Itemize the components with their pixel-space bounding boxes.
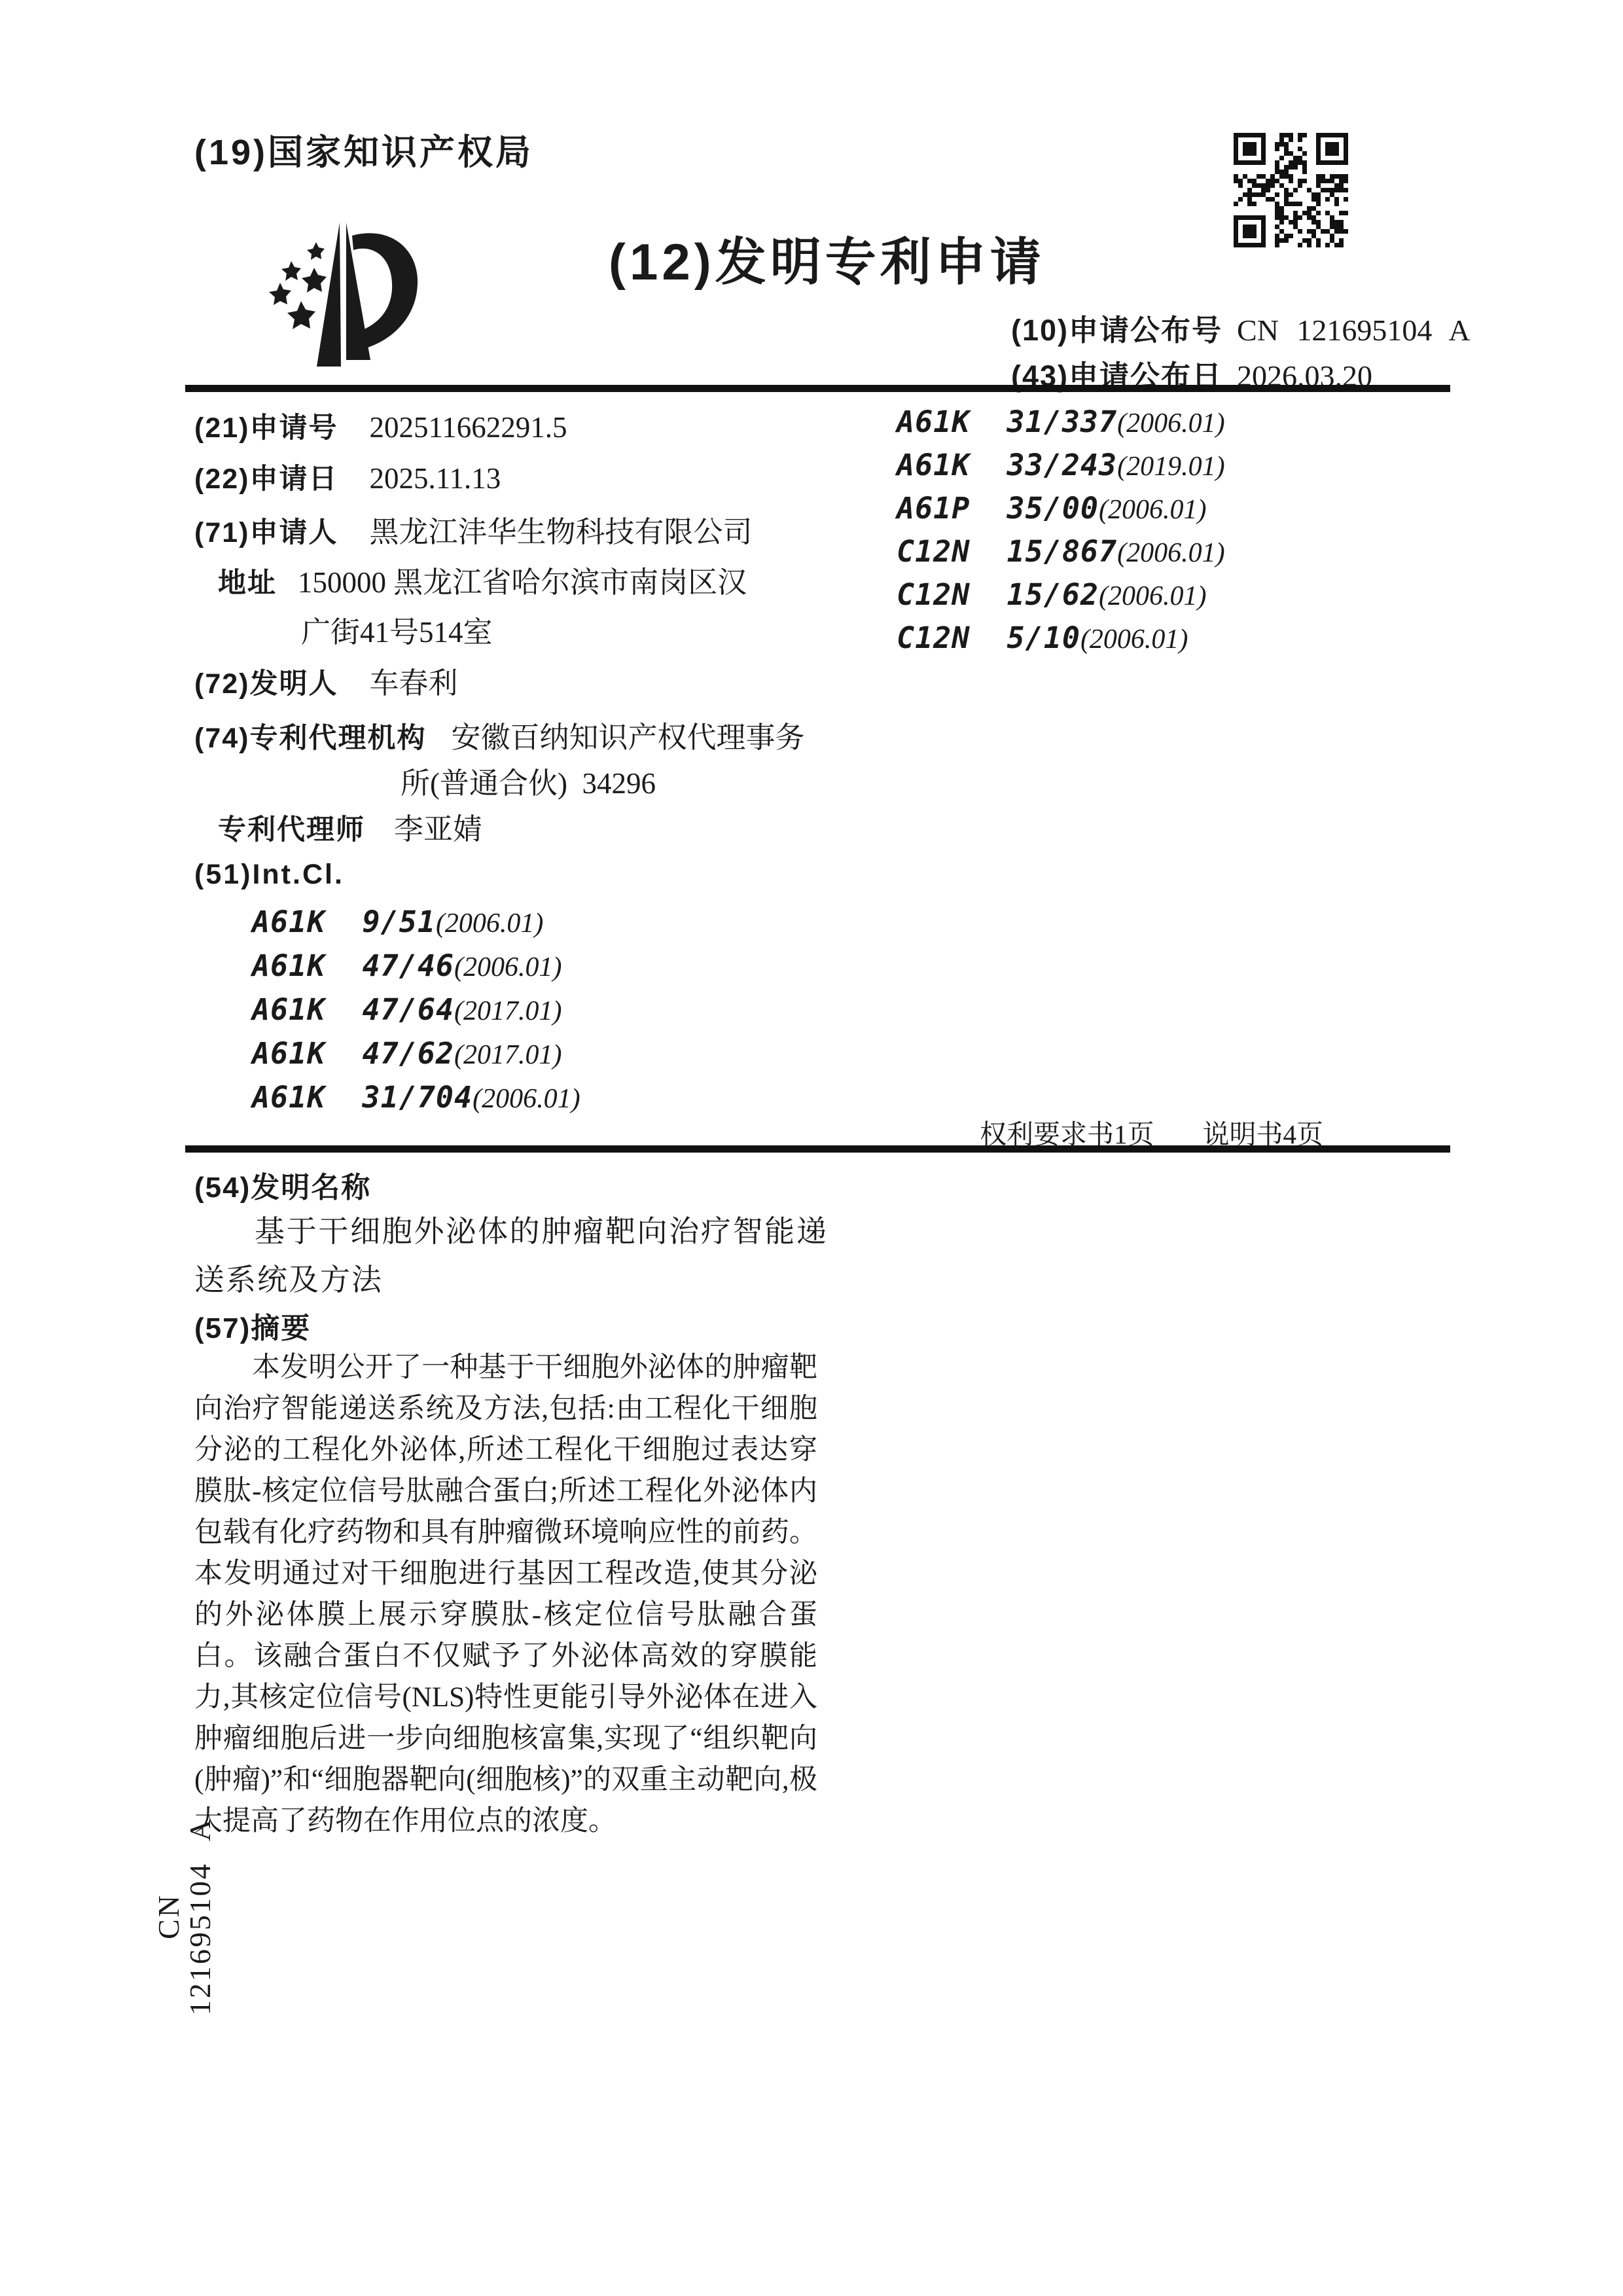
intcl-row: (51)Int.Cl. (194, 859, 344, 891)
header-divider (185, 385, 1450, 392)
ipc-entry: A61K 31/704(2006.01) (252, 1080, 580, 1115)
address-row: 地址 150000 黑龙江省哈尔滨市南岗区汉 (218, 558, 747, 601)
applicant-row: (71)申请人 黑龙江沣华生物科技有限公司 (194, 508, 752, 550)
publication-number-label: (10)申请公布号 (1011, 314, 1222, 347)
abstract-section-label: (57)摘要 (194, 1304, 311, 1346)
inventor-row: (72)发明人 车春利 (194, 659, 457, 702)
agency-line1: 安徽百纳知识产权代理事务 (451, 721, 804, 754)
body-divider (185, 1145, 1450, 1153)
ipc-entry: A61K 33/243(2019.01) (897, 448, 1225, 482)
patent-front-page: (19)国家知识产权局 (12)发明专利申请 (10)申请公布号CN 12169… (0, 0, 1623, 2296)
address-label: 地址 (218, 567, 277, 599)
inventor-label: (72)发明人 (194, 668, 338, 700)
application-date-value: 2025.11.13 (369, 462, 501, 495)
application-number-value: 202511662291.5 (369, 411, 567, 444)
agent-row: 专利代理师 李亚婧 (218, 805, 482, 848)
ipc-entry: A61K 31/337(2006.01) (897, 404, 1225, 439)
application-number-label: (21)申请号 (194, 412, 338, 444)
side-publication-number: CN 121695104 A (153, 1806, 185, 2026)
ipc-entry: C12N 15/62(2006.01) (897, 577, 1207, 612)
agent-label: 专利代理师 (218, 814, 365, 846)
inventor-value: 车春利 (369, 667, 457, 700)
ipc-entry: A61P 35/00(2006.01) (897, 491, 1207, 526)
application-date-label: (22)申请日 (194, 463, 338, 495)
agency-label: (74)专利代理机构 (194, 723, 426, 754)
application-number-row: (21)申请号 202511662291.5 (194, 406, 567, 446)
applicant-value: 黑龙江沣华生物科技有限公司 (369, 516, 752, 548)
agent-value: 李亚婧 (394, 813, 482, 846)
ipc-entry: A61K 47/46(2006.01) (252, 948, 562, 983)
ipc-entry: A61K 9/51(2006.01) (252, 905, 543, 939)
publication-number-value: CN 121695104 A (1237, 314, 1471, 347)
abstract-text: 本发明公开了一种基于干细胞外泌体的肿瘤靶向治疗智能递送系统及方法,包括:由工程化… (194, 1347, 817, 1842)
cnipa-logo-icon (254, 185, 471, 376)
agency-row-2: 所(普通合伙) 34296 (401, 759, 656, 802)
invention-title: 基于干细胞外泌体的肿瘤靶向治疗智能递送系统及方法 (194, 1208, 828, 1304)
ipc-entry: C12N 15/867(2006.01) (897, 534, 1225, 569)
intcl-label: (51)Int.Cl. (194, 859, 344, 890)
agency-line2: 所(普通合伙) 34296 (401, 767, 656, 800)
agency-row: (74)专利代理机构 安徽百纳知识产权代理事务 (194, 713, 804, 756)
address-line1: 150000 黑龙江省哈尔滨市南岗区汉 (298, 566, 747, 599)
applicant-label: (71)申请人 (194, 517, 338, 548)
ipc-entry: A61K 47/64(2017.01) (252, 992, 562, 1027)
ipc-entry: A61K 47/62(2017.01) (252, 1036, 562, 1071)
address-line2: 广街41号514室 (301, 616, 493, 649)
ipc-entry: C12N 5/10(2006.01) (897, 620, 1188, 655)
publication-number-line: (10)申请公布号CN 121695104 A (1011, 306, 1471, 349)
qr-code (1234, 133, 1348, 247)
application-date-row: (22)申请日 2025.11.13 (194, 457, 501, 497)
title-section-label: (54)发明名称 (194, 1164, 371, 1206)
office-name: (19)国家知识产权局 (194, 124, 533, 175)
address-row-2: 广街41号514室 (301, 608, 493, 651)
doc-type-title: (12)发明专利申请 (609, 221, 1045, 295)
